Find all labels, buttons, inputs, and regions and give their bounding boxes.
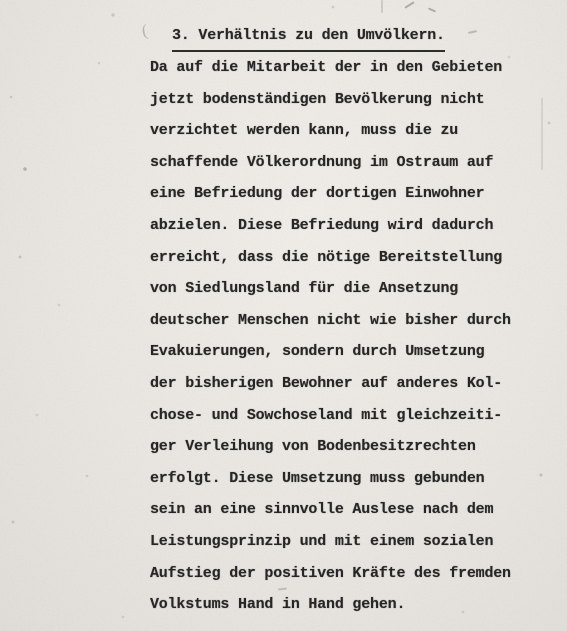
pencil-tick-mark [404,1,414,9]
text-line: Da auf die Mitarbeit der in den Gebieten [150,52,511,84]
pencil-bracket-mark: ( [140,21,149,42]
text-line: erfolgt. Diese Umsetzung muss gebunden [150,463,511,495]
text-line: chose- und Sowchoseland mit gleichzeiti- [150,400,511,432]
text-line: schaffende Völkerordnung im Ostraum auf [150,147,511,179]
text-line: jetzt bodenständigen Bevölkerung nicht [150,84,511,116]
text-line: Leistungsprinzip und mit einem sozialen [150,526,511,558]
text-line: deutscher Menschen nicht wie bisher durc… [150,305,511,337]
text-line: der bisherigen Bewohner auf anderes Kol- [150,368,511,400]
text-line: Aufstieg der positiven Kräfte des fremde… [150,558,511,590]
paper-speckles [0,0,2,2]
text-line: sein an eine sinnvolle Auslese nach dem [150,494,511,526]
scan-line-artifact [381,0,383,13]
text-line: von Siedlungsland für die Ansetzung [150,273,511,305]
scan-line-artifact [541,98,543,170]
scanned-page: ( 3. Verhältnis zu den Umvölkern. Da auf… [0,0,567,631]
text-line: verzichtet werden kann, muss die zu [150,115,511,147]
section-heading-underlined-text: 3. Verhältnis zu den Umvölkern. [172,22,445,52]
text-line: ger Verleihung von Bodenbesitzrechten [150,431,511,463]
text-line: eine Befriedung der dortigen Einwohner [150,178,511,210]
section-heading: 3. Verhältnis zu den Umvölkern. [172,20,511,52]
text-line: Evakuierungen, sondern durch Umsetzung [150,336,511,368]
text-line: erreicht, dass die nötige Bereitstellung [150,242,511,274]
text-line: Volkstums Hand in Hand gehen. [150,589,511,621]
typewritten-text-block: 3. Verhältnis zu den Umvölkern. Da auf d… [150,20,511,621]
text-line: abzielen. Diese Befriedung wird dadurch [150,210,511,242]
pencil-tick-mark [428,7,436,12]
